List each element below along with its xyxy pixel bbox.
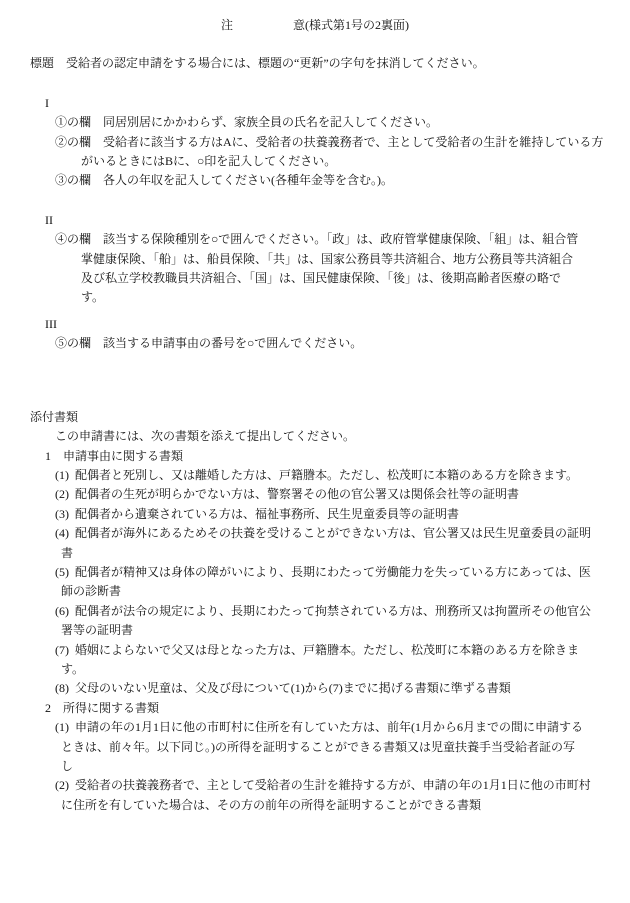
attachment-item-4-line2: 書 [0,544,630,563]
attachment-item-5-line1: (5) 配偶者が精神又は身体の障がいにより、長期にわたって労働能力を失っている方… [0,563,630,582]
field-3-note: ③の欄 各人の年収を記入してください(各種年金等を含む。)。 [0,171,630,190]
attachments-heading: 添付書類 [0,408,630,427]
section-3-numeral: III [0,315,630,334]
field-4-note-line2: 掌健康保険、「船」は、船員保険、「共」は、国家公務員等共済組合、地方公務員等共済… [0,250,630,269]
field-4-note-line4: す。 [0,288,630,307]
attachment-item-5-line2: 師の診断書 [0,582,630,601]
attachment-item-7-line2: す。 [0,660,630,679]
income-item-1-line3: し [0,757,630,776]
attachment-item-3: (3) 配偶者から遺棄されている方は、福祉事務所、民生児童委員等の証明書 [0,505,630,524]
attachment-item-8: (8) 父母のいない児童は、父及び母について(1)から(7)までに掲げる書類に準… [0,679,630,698]
attachment-item-7-line1: (7) 婚姻によらないで父又は母となった方は、戸籍謄本。ただし、松茂町に本籍のあ… [0,641,630,660]
notice-page: 注 意(様式第1号の2裏面) 標題 受給者の認定申請をする場合には、標題の“更新… [0,0,630,903]
field-4-note-line1: ④の欄 該当する保険種別を○で囲んでください。「政」は、政府管掌健康保険、「組」… [0,230,630,249]
field-5-note: ⑤の欄 該当する申請事由の番号を○で囲んでください。 [0,334,630,353]
attachment-item-1: (1) 配偶者と死別し、又は離婚した方は、戸籍謄本。ただし、松茂町に本籍のある方… [0,466,630,485]
income-item-2-line2: に住所を有していた場合は、その方の前年の所得を証明することができる書類 [0,796,630,815]
field-1-note: ①の欄 同居別居にかかわらず、家族全員の氏名を記入してください。 [0,113,630,132]
income-item-2-line1: (2) 受給者の扶養義務者で、主として受給者の生計を維持する方が、申請の年の1月… [0,776,630,795]
attachments-group-1-heading: 1 申請事由に関する書類 [0,447,630,466]
attachment-item-6-line1: (6) 配偶者が法令の規定により、長期にわたって拘禁されている方は、刑務所又は拘… [0,602,630,621]
field-4-note-line3: 及び私立学校教職員共済組合、「国」は、国民健康保険、「後」は、後期高齢者医療の略… [0,269,630,288]
attachment-item-4-line1: (4) 配偶者が海外にあるためその扶養を受けることができない方は、官公署又は民生… [0,524,630,543]
attachments-intro: この申請書には、次の書類を添えて提出してください。 [0,427,630,446]
income-item-1-line1: (1) 申請の年の1月1日に他の市町村に住所を有していた方は、前年(1月から6月… [0,718,630,737]
attachment-item-2: (2) 配偶者の生死が明らかでない方は、警察署その他の官公署又は関係会社等の証明… [0,485,630,504]
field-2-note-line2: がいるときにはBに、○印を記入してください。 [0,152,630,171]
notice-title: 注 意(様式第1号の2裏面) [0,16,630,35]
field-2-note-line1: ②の欄 受給者に該当する方はAに、受給者の扶養義務者で、主として受給者の生計を維… [0,133,630,152]
income-item-1-line2: ときは、前々年。以下同じ。)の所得を証明することができる書類又は児童扶養手当受給… [0,738,630,757]
section-2-numeral: II [0,211,630,230]
caption-title-note: 標題 受給者の認定申請をする場合には、標題の“更新”の字句を抹消してください。 [0,54,630,73]
attachment-item-6-line2: 署等の証明書 [0,621,630,640]
section-1-numeral: I [0,94,630,113]
attachments-group-2-heading: 2 所得に関する書類 [0,699,630,718]
